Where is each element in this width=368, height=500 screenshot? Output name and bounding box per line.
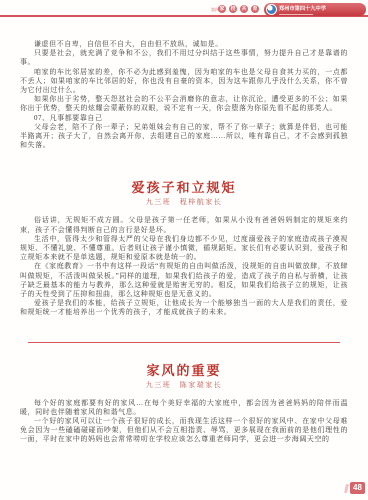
article-paragraph: 在《家庭教育》一书中有这样一段话“有规矩的自由叫做活泼，没规矩的自由叫做放肆，不… [20, 262, 348, 299]
article-love-and-rules: 爱孩子和立规矩 九三班 程梓航家长 俗话讲，无规矩不成方圆。父母是孩子第一任老师… [20, 180, 348, 317]
school-banner: 郑州市第四十九中学 [264, 3, 366, 16]
header-badge: 育 [251, 5, 259, 13]
school-logo-icon [266, 4, 277, 15]
header-right: 第四期 家 校 共 育 郑州市第四十九中学 [199, 2, 366, 16]
page-number: 48 [350, 482, 365, 494]
badge-char: 共 [240, 5, 248, 13]
intro-paragraph: 父母会老，陪不了你一辈子；兄弟姐妹会有自己的家，帮不了你一辈子；就算是伴侣，也可… [20, 123, 348, 151]
article-paragraph: 爱孩子是我们的本能，给孩子立规矩，让他成长为一个能够独当一面的大人是我们的责任，… [20, 299, 348, 317]
header-badge: 共 [240, 5, 248, 13]
article-paragraph: 生活中，管得太少和管得太严的父母在我们身边都不少见，过度溺爱孩子的家庭造成孩子漠… [20, 235, 348, 263]
page-number-accent [344, 484, 349, 493]
page-body: 谦虚但不自卑，自信但不自大，自由但不放纵，诚如是。 只要是社会，就充满了竞争和不… [0, 0, 368, 445]
badge-char: 校 [229, 5, 237, 13]
page-footer: 48 [345, 482, 365, 494]
badge-char: 家 [218, 5, 226, 13]
header-badge: 校 [229, 5, 237, 13]
school-subtitle-line [279, 14, 313, 15]
header-badge: 家 [218, 5, 226, 13]
article-byline: 九三班 陈家瑞家长 [20, 381, 348, 390]
article-title: 爱孩子和立规矩 [20, 180, 348, 196]
article-byline: 九三班 程梓航家长 [20, 198, 348, 207]
intro-paragraph: 只要是社会，就充满了竞争和不公，我们不用过分纠结于这些事情，努力提升自己才是靠谱… [20, 49, 348, 67]
intro-paragraph: 咱家的车比邻居家的差，你不必为此感到羞愧，因为咱家的车也是父母自食其力买的，一点… [20, 68, 348, 96]
page: 第四期 家 校 共 育 郑州市第四十九中学 谦虚但不自卑，自信但不自大，自由但不… [0, 0, 368, 500]
section-divider [28, 342, 340, 343]
article-paragraph: 每个好的家庭都要有好的家风…在每个美好幸福的大家庭中，都会因为爸爸妈妈的陪伴而温… [20, 399, 348, 417]
article-title: 家风的重要 [20, 363, 348, 379]
page-header: 第四期 家 校 共 育 郑州市第四十九中学 [0, 0, 368, 18]
intro-paragraph: 07、凡事都要靠自己 [20, 114, 348, 123]
article-paragraph: 一个好的家风可以让一个孩子很好的成长，而我现生活这样一个很好的家风中、在家中父母… [20, 417, 348, 445]
badge-char: 育 [251, 5, 259, 13]
article-family-tradition: 家风的重要 九三班 陈家瑞家长 每个好的家庭都要有好的家风…在每个美好幸福的大家… [20, 363, 348, 445]
school-name: 郑州市第四十九中学 [279, 5, 326, 10]
intro-section: 谦虚但不自卑，自信但不自大，自由但不放纵，诚如是。 只要是社会，就充满了竞争和不… [20, 40, 348, 150]
intro-paragraph: 如果你出于劣势，整天怨怼社会的不公平会消磨你的意志，让你沉沦，遭受更多的不公；如… [20, 95, 348, 113]
intro-paragraph: 谦虚但不自卑，自信但不自大，自由但不放纵，诚如是。 [20, 40, 348, 49]
article-paragraph: 俗话讲，无规矩不成方圆。父母是孩子第一任老师，如果从小没有爸爸妈妈制定的规矩来约… [20, 216, 348, 234]
school-text: 郑州市第四十九中学 [279, 4, 360, 15]
